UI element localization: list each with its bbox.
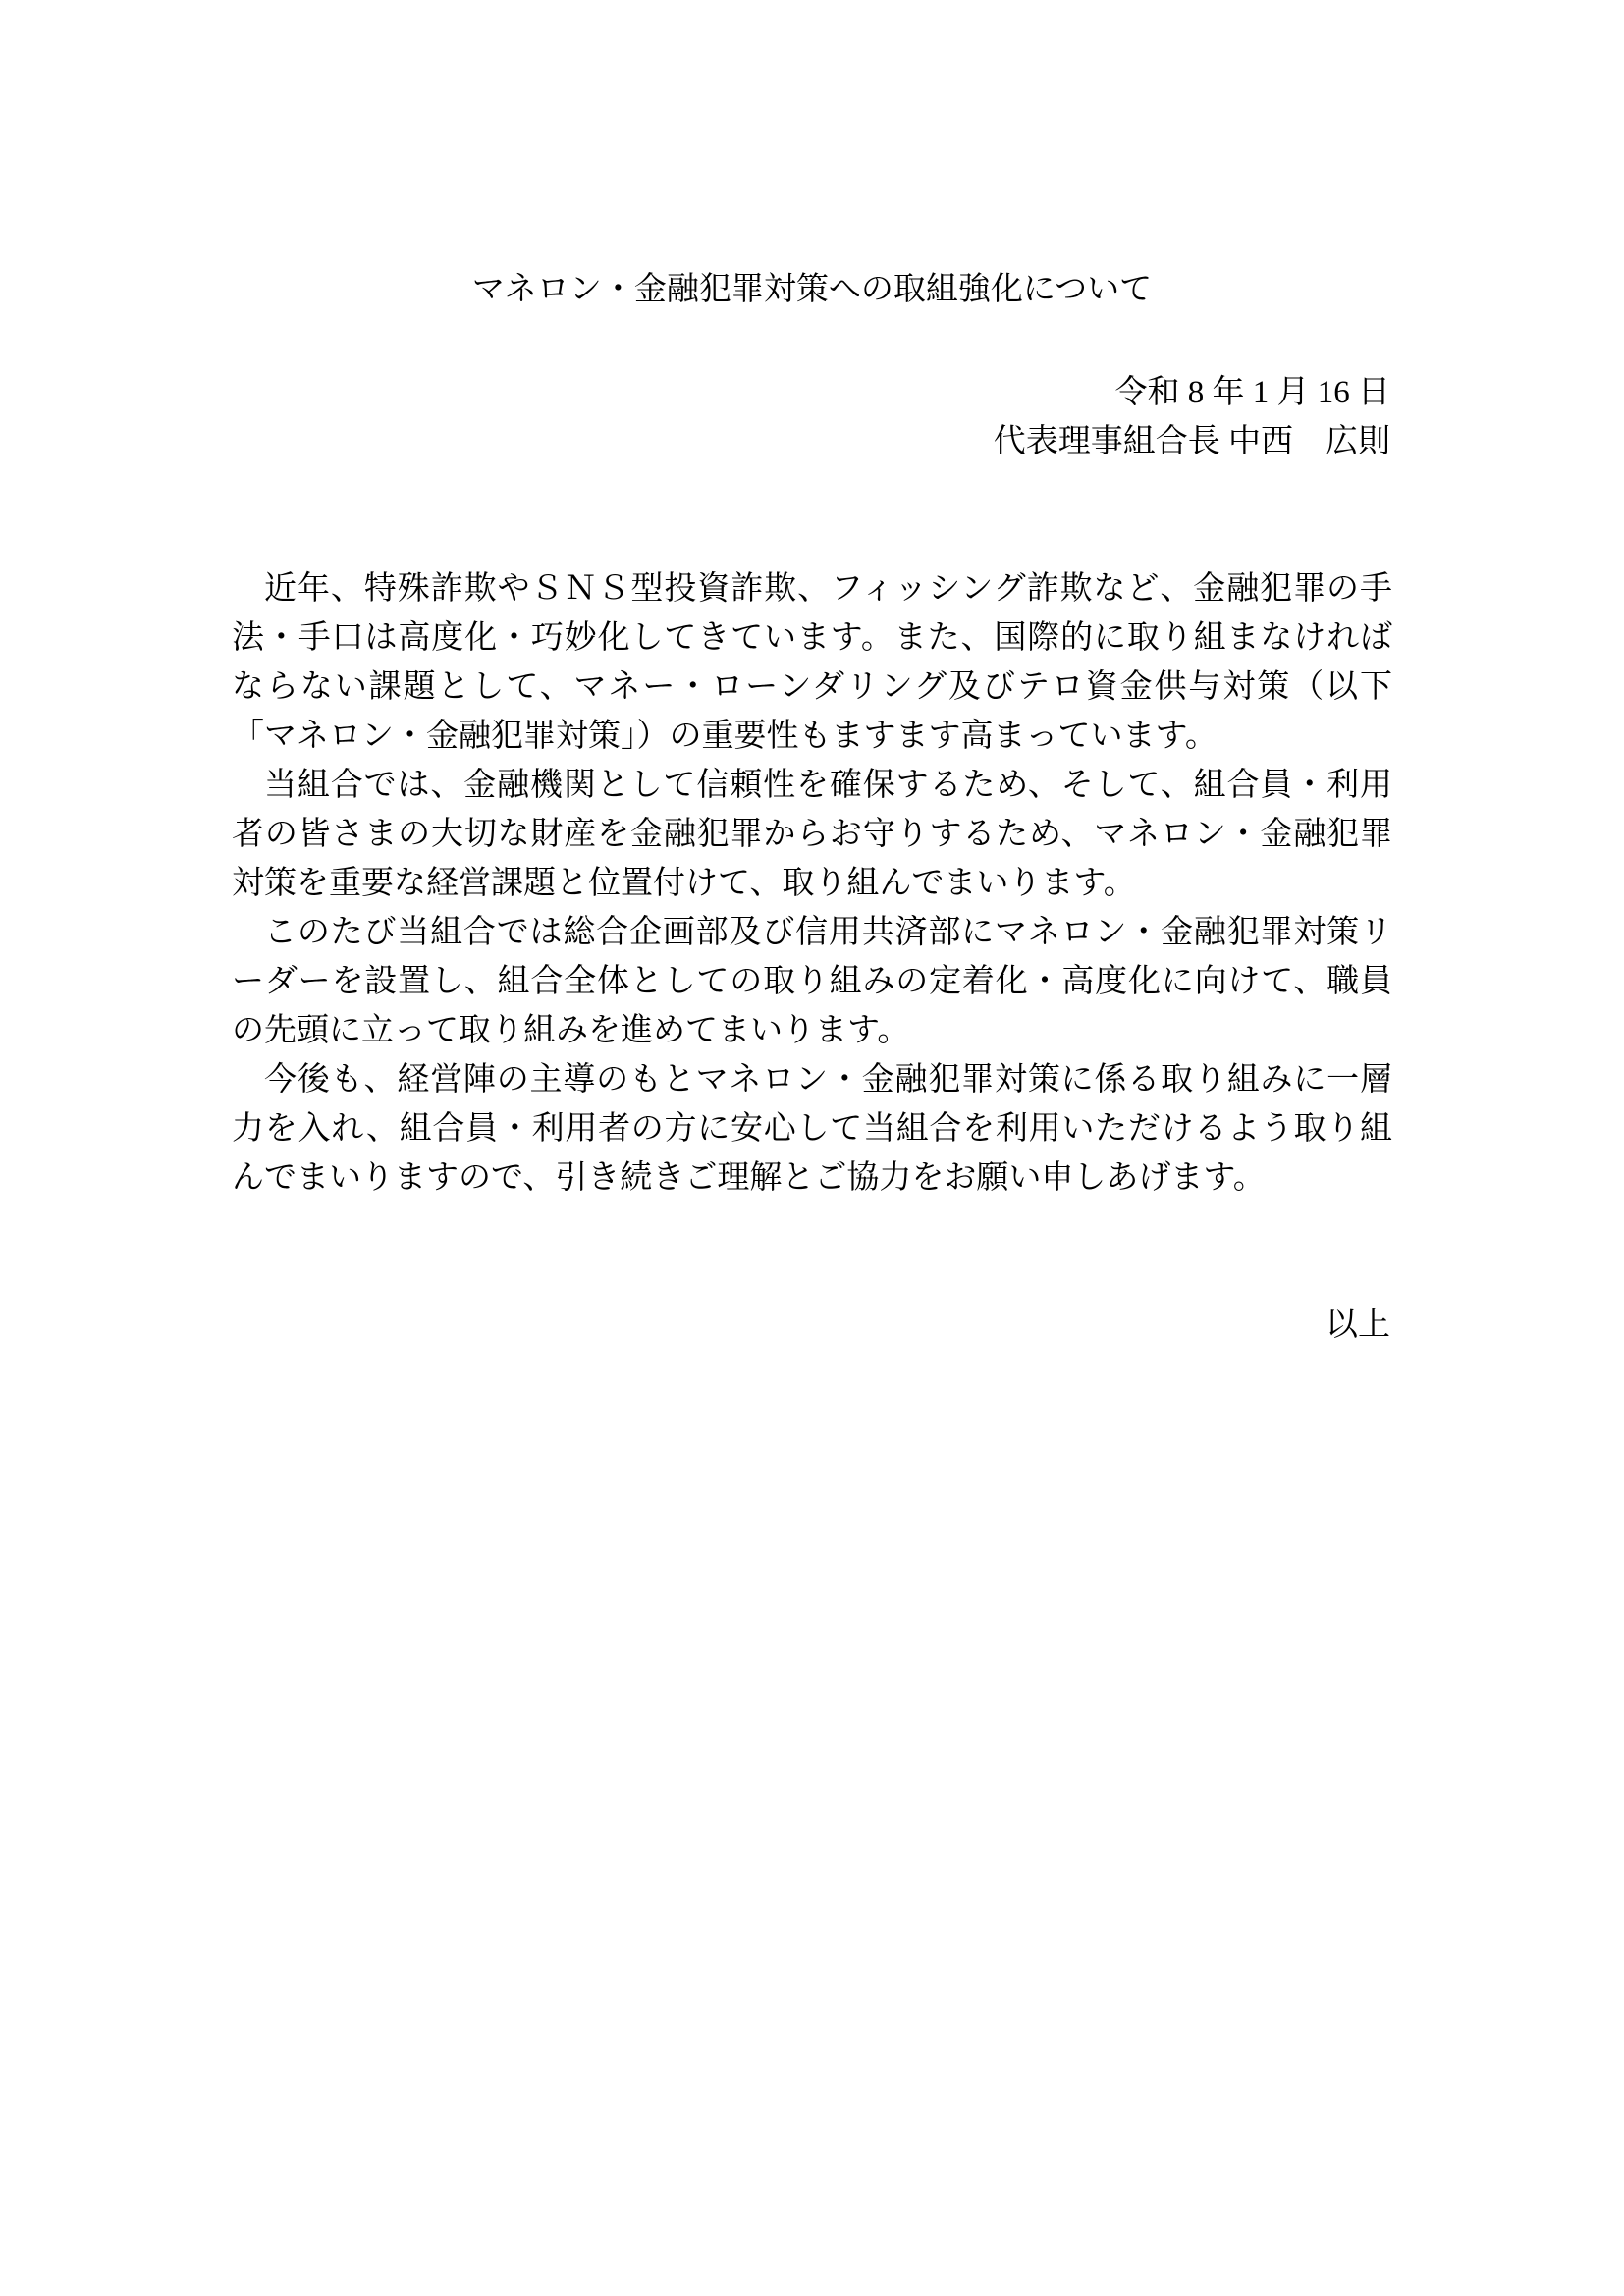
body-paragraph: 当組合では、金融機関として信頼性を確保するため、そして、組合員・利用者の皆さまの… xyxy=(232,761,1392,908)
document-body: 近年、特殊詐欺やＳＮＳ型投資詐欺、フィッシング詐欺など、金融犯罪の手法・手口は高… xyxy=(232,564,1392,1202)
document-date: 令和 8 年 1 月 16 日 xyxy=(232,368,1390,417)
document-page: マネロン・金融犯罪対策への取組強化について 令和 8 年 1 月 16 日 代表… xyxy=(0,0,1624,2296)
document-closing: 以上 xyxy=(232,1301,1390,1350)
document-title: マネロン・金融犯罪対策への取組強化について xyxy=(232,265,1392,314)
document-signature: 代表理事組合長 中西 広則 xyxy=(232,417,1390,466)
body-paragraph: 今後も、経営陣の主導のもとマネロン・金融犯罪対策に係る取り組みに一層力を入れ、組… xyxy=(232,1055,1392,1202)
body-paragraph: このたび当組合では総合企画部及び信用共済部にマネロン・金融犯罪対策リーダーを設置… xyxy=(232,908,1392,1055)
body-paragraph: 近年、特殊詐欺やＳＮＳ型投資詐欺、フィッシング詐欺など、金融犯罪の手法・手口は高… xyxy=(232,564,1392,761)
